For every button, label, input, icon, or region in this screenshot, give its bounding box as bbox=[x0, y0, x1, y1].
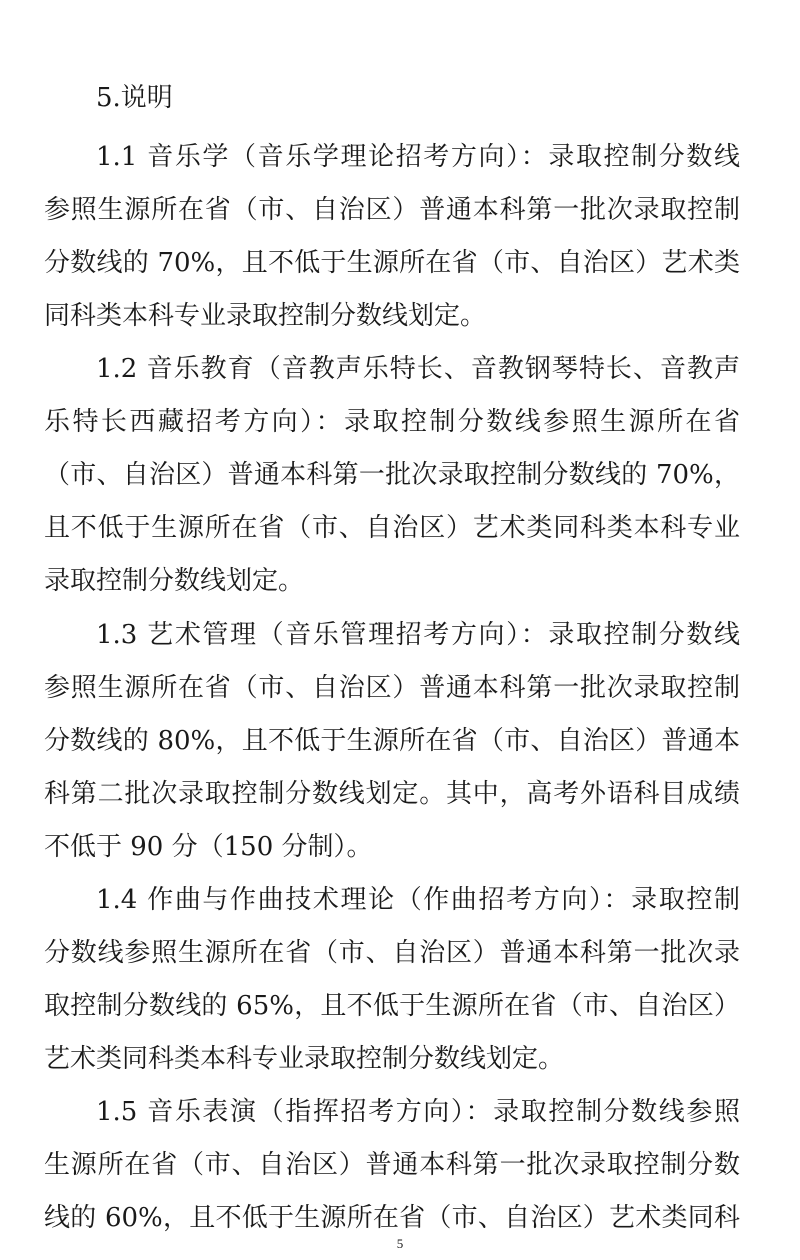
paragraph-line: 取控制分数线的 65%，且不低于生源所在省（市、自治区） bbox=[44, 986, 740, 1026]
document-page: 5.说明 1.1 音乐学（音乐学理论招考方向）：录取控制分数线 参照生源所在省（… bbox=[0, 0, 800, 1260]
paragraph-line: 分数线参照生源所在省（市、自治区）普通本科第一批次录 bbox=[44, 933, 740, 973]
paragraph-line: 生源所在省（市、自治区）普通本科第一批次录取控制分数 bbox=[44, 1145, 740, 1185]
paragraph-line: 不低于 90 分（150 分制）。 bbox=[44, 827, 740, 867]
paragraph-line: 参照生源所在省（市、自治区）普通本科第一批次录取控制 bbox=[44, 668, 740, 708]
paragraph-line: 乐特长西藏招考方向）：录取控制分数线参照生源所在省 bbox=[44, 402, 740, 442]
section-heading: 5.说明 bbox=[96, 78, 173, 118]
paragraph-line: 1.4 作曲与作曲技术理论（作曲招考方向）：录取控制 bbox=[96, 880, 740, 920]
paragraph-line: 1.5 音乐表演（指挥招考方向）：录取控制分数线参照 bbox=[96, 1092, 740, 1132]
paragraph-line: 且不低于生源所在省（市、自治区）艺术类同科类本科专业 bbox=[44, 508, 740, 548]
paragraph-line: 分数线的 70%，且不低于生源所在省（市、自治区）艺术类 bbox=[44, 243, 740, 283]
paragraph-line: 1.1 音乐学（音乐学理论招考方向）：录取控制分数线 bbox=[96, 137, 740, 177]
paragraph-line: 录取控制分数线划定。 bbox=[44, 561, 740, 601]
paragraph-line: 1.2 音乐教育（音教声乐特长、音教钢琴特长、音教声 bbox=[96, 349, 740, 389]
paragraph-line: 参照生源所在省（市、自治区）普通本科第一批次录取控制 bbox=[44, 190, 740, 230]
paragraph-line: 科第二批次录取控制分数线划定。其中，高考外语科目成绩 bbox=[44, 774, 740, 814]
paragraph-line: 1.3 艺术管理（音乐管理招考方向）：录取控制分数线 bbox=[96, 615, 740, 655]
paragraph-line: 线的 60%，且不低于生源所在省（市、自治区）艺术类同科 bbox=[44, 1198, 740, 1238]
paragraph-line: （市、自治区）普通本科第一批次录取控制分数线的 70%， bbox=[44, 455, 740, 495]
paragraph-line: 艺术类同科类本科专业录取控制分数线划定。 bbox=[44, 1039, 740, 1079]
paragraph-line: 同科类本科专业录取控制分数线划定。 bbox=[44, 296, 740, 336]
page-number: 5 bbox=[0, 1236, 800, 1252]
paragraph-line: 分数线的 80%，且不低于生源所在省（市、自治区）普通本 bbox=[44, 721, 740, 761]
